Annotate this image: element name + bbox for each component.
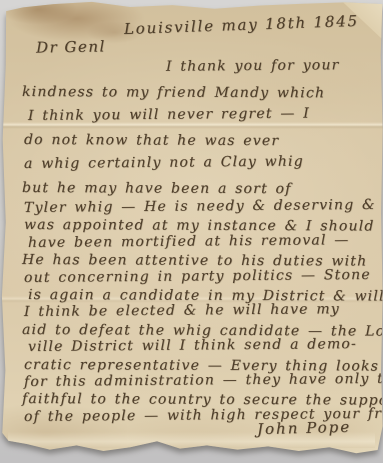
letter-line: I think be elected & he will have my xyxy=(24,301,376,321)
letter-salutation: Dr Genl xyxy=(36,37,106,56)
letter-line: a whig certainly not a Clay whig xyxy=(24,149,376,176)
letter-line: for this administration — they have only… xyxy=(24,371,376,391)
letter-line: ville District will I think send a demo- xyxy=(28,336,376,356)
letter-paper: Louisville may 18th 1845 Dr Genl I thank… xyxy=(0,0,383,463)
letter-line: out concerning in party politics — Stone xyxy=(24,266,376,286)
letter-line: Tyler whig — He is needy & deserving & xyxy=(24,197,376,217)
letter-line: I thank you for your xyxy=(24,53,376,80)
letter-dateline: Louisville may 18th 1845 xyxy=(124,12,359,38)
letter-body: I thank you for yourkindness to my frien… xyxy=(24,56,376,426)
letter-signature: John Pope xyxy=(257,418,352,438)
paper-surface: Louisville may 18th 1845 Dr Genl I thank… xyxy=(0,0,383,463)
letter-line: I think you will never regret — I xyxy=(28,101,376,128)
letter-line: have been mortified at his removal — xyxy=(28,232,376,252)
scanned-letter-scene: Louisville may 18th 1845 Dr Genl I thank… xyxy=(0,0,383,463)
